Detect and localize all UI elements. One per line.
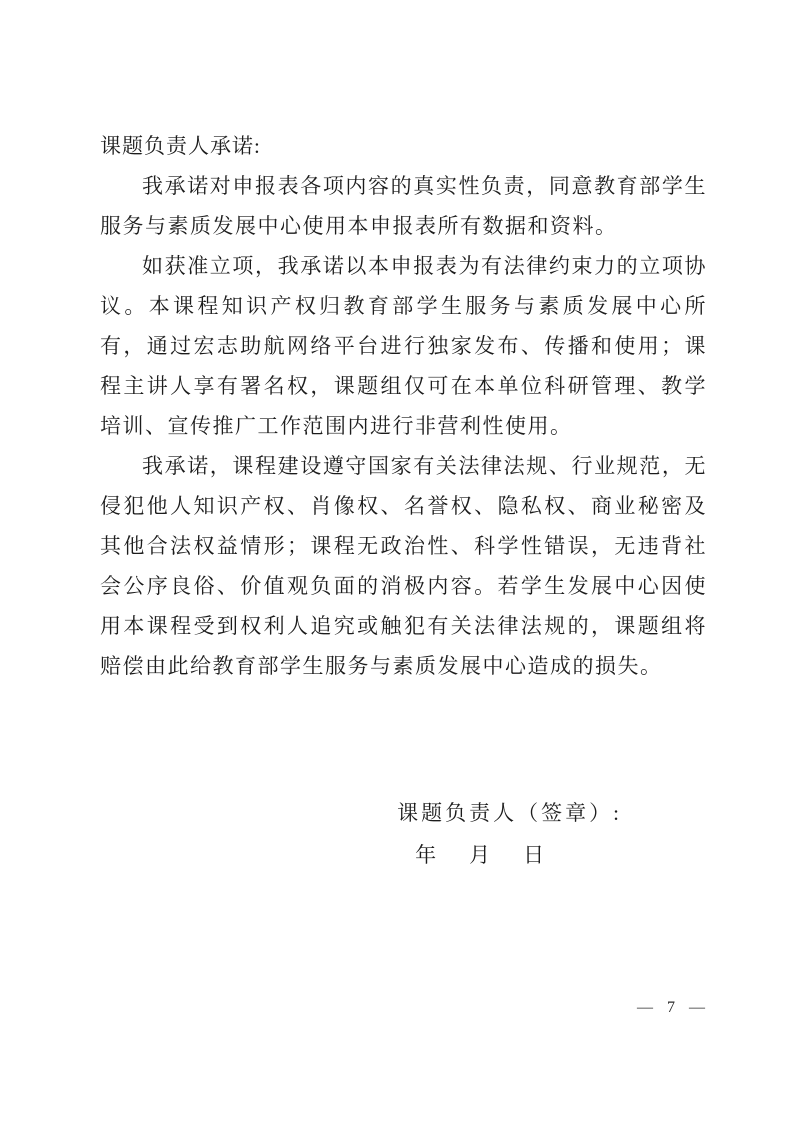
page-number-dash-left: — (637, 996, 653, 1020)
page-number-footer: — 7 — (637, 996, 705, 1020)
commitment-section: 课题负责人承诺: 我承诺对申报表各项内容的真实性负责，同意教育部学生服务与素质发… (100, 126, 707, 686)
commitment-heading: 课题负责人承诺: (100, 126, 707, 166)
year-label: 年 (415, 835, 436, 875)
commitment-paragraph-2: 如获准立项，我承诺以本申报表为有法律约束力的立项协议。本课程知识产权归教育部学生… (100, 246, 707, 446)
page-number-dash-right: — (689, 996, 705, 1020)
signature-label: 课题负责人（签章）: (397, 793, 622, 833)
signature-date-line: 年 月 日 (415, 835, 622, 875)
document-page: 课题负责人承诺: 我承诺对申报表各项内容的真实性负责，同意教育部学生服务与素质发… (0, 0, 794, 1123)
signature-block: 课题负责人（签章）: 年 月 日 (397, 793, 622, 875)
commitment-paragraph-3: 我承诺，课程建设遵守国家有关法律法规、行业规范，无侵犯他人知识产权、肖像权、名誉… (100, 446, 707, 686)
month-label: 月 (469, 835, 490, 875)
commitment-paragraph-1: 我承诺对申报表各项内容的真实性负责，同意教育部学生服务与素质发展中心使用本申报表… (100, 166, 707, 246)
page-number-value: 7 (667, 996, 675, 1020)
day-label: 日 (523, 835, 544, 875)
